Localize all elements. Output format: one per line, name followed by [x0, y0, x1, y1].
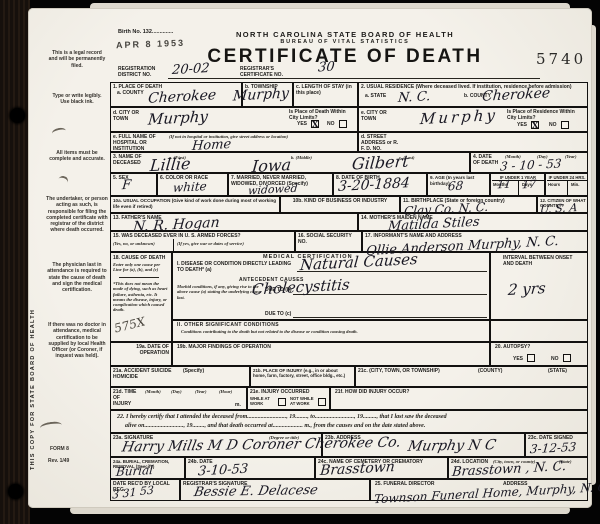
other-conditions-note: Conditions contributing to the death but… — [181, 329, 381, 334]
margin-note-undertaker: The undertaker, or person acting as such… — [46, 196, 108, 234]
cell-autopsy: 20. AUTOPSY? YES NO — [490, 342, 588, 366]
registrar-certificate-value: 30 — [317, 60, 335, 76]
city-of-death-value: Murphy — [147, 107, 208, 128]
cell-accident-suicide-homicide: 21a. ACCIDENT SUICIDE HOMICIDE (Specify) — [110, 366, 250, 387]
date-of-operation-label: 19a. DATE OF OPERATION — [113, 344, 169, 356]
cell-age-under-24-hrs: IF UNDER 24 HRS. Hours Min. — [545, 173, 588, 196]
death-limits-yes-checkbox: X — [311, 120, 319, 128]
margin-note-legal: This is a legal record and will be perma… — [48, 50, 106, 69]
operation-findings-label: 19b. MAJOR FINDINGS OF OPERATION — [177, 344, 271, 350]
middle-name-label: b. (Middle) — [291, 155, 312, 160]
armed-forces-note2: (If yes, give war or dates of service) — [177, 241, 289, 246]
cause-of-death-note: Enter only one cause per Line for (a), (… — [113, 262, 169, 273]
residence-city-label: e. CITY OR TOWN — [361, 110, 389, 122]
bureau-name: BUREAU OF VITAL STATISTICS — [215, 39, 475, 45]
registrar-signature-value: Bessie E. Delacese — [193, 483, 320, 500]
cell-date-of-operation: 19a. DATE OF OPERATION — [110, 342, 172, 366]
injury-hour-label: (Hour) — [219, 389, 232, 394]
disease-condition-label: I. DISEASE OR CONDITION DIRECTLY LEADING… — [177, 261, 297, 273]
cell-street-address: d. STREET ADDRESS or R. F. D. NO. — [358, 132, 588, 152]
cause-of-death-footnote: *This does not mean the mode of dying, s… — [113, 281, 169, 313]
residence-limits-no-checkbox — [561, 121, 569, 129]
certificate-serial-number: 5740 — [536, 50, 586, 68]
not-while-at-work-label: NOT WHILE AT WORK — [290, 396, 318, 406]
autopsy-yes-checkbox — [527, 354, 535, 362]
injury-month-label: (Month) — [145, 389, 161, 394]
armed-forces-label: 15. WAS DECEASED EVER IN U. S. ARMED FOR… — [113, 233, 291, 239]
injury-m-label: m. — [235, 402, 241, 408]
injury-city-label: 21c. (CITY, TOWN, OR TOWNSHIP) — [358, 368, 440, 374]
margin-note-complete: All items must be complete and accurate. — [48, 150, 106, 163]
registration-district-label: REGISTRATION DISTRICT NO. — [118, 66, 170, 78]
funeral-director-label: 25. FUNERAL DIRECTOR — [375, 481, 435, 487]
scanned-death-certificate: THIS COPY FOR STATE BOARD OF HEALTH This… — [0, 0, 600, 524]
armed-forces-note1: (Yes, no, or unknown) — [113, 241, 169, 246]
min-label: Min. — [571, 182, 579, 187]
not-while-at-work-checkbox — [318, 398, 326, 406]
cell-hospital: e. FULL NAME OF HOSPITAL OR INSTITUTION … — [110, 132, 358, 152]
injury-state-label: (STATE) — [548, 368, 567, 374]
date-of-death-label: 4. DATE OF DEATH — [473, 154, 499, 166]
due-to-c-label: DUE TO (c) — [265, 311, 291, 317]
residence-limits-yes-mark: X — [532, 120, 538, 130]
specify-label: (Specify) — [183, 368, 204, 374]
cell-usual-residence: 2. USUAL RESIDENCE (Where deceased lived… — [358, 82, 588, 107]
autopsy-label: 20. AUTOPSY? — [495, 344, 530, 350]
while-at-work-label: WHILE AT WORK — [250, 396, 278, 406]
cell-certification-statement: 22. I hereby certify that I attended the… — [110, 410, 588, 433]
accident-label: 21a. ACCIDENT SUICIDE HOMICIDE — [113, 368, 173, 380]
name-of-deceased-label: 3. NAME OF DECEASED — [113, 154, 149, 166]
registrar-certificate-label: REGISTRAR'S CERTIFICATE NO. — [240, 66, 298, 78]
marital-status-value: widowed — [247, 182, 298, 198]
industry-label: 10b. KIND OF BUSINESS OR INDUSTRY — [283, 198, 397, 204]
cell-interval-continued — [490, 320, 588, 342]
race-value: white — [172, 179, 207, 195]
margin-note-physician: The physician last in attendance is requ… — [46, 262, 108, 293]
death-limits-no-checkbox — [339, 120, 347, 128]
cause-of-death-label: 18. CAUSE OF DEATH — [113, 255, 169, 261]
cell-armed-forces: 15. WAS DECEASED EVER IN U. S. ARMED FOR… — [110, 231, 295, 252]
occupation-label: 10a. USUAL OCCUPATION (Give kind of work… — [113, 198, 277, 209]
age-months-value: 11 — [496, 178, 511, 192]
margin-note-no-doctor: If there was no doctor in attendance, me… — [46, 322, 108, 360]
cell-injury-occurred: 21e. INJURY OCCURRED WHILE AT WORK NOT W… — [247, 387, 330, 410]
margin-form-number: FORM 8 — [50, 446, 90, 452]
injury-county-label: (COUNTY) — [478, 368, 502, 374]
certify-line-2: alive on.........................., 19..… — [125, 423, 575, 430]
physician-address-value: Murphy N C — [406, 437, 497, 455]
length-of-stay-label: c. LENGTH OF STAY (in this place) — [296, 84, 354, 96]
interval-label: INTERVAL BETWEEN ONSET AND DEATH — [503, 255, 579, 267]
city-of-death-label: d. CITY OR TOWN — [113, 110, 141, 122]
sex-value: F — [121, 178, 131, 194]
cell-operation-findings: 19b. MAJOR FINDINGS OF OPERATION — [172, 342, 490, 366]
last-name-value: Gilbert — [351, 151, 409, 173]
hole-punch-top — [10, 108, 25, 123]
date-signed-value: 3-12-53 — [529, 440, 576, 457]
residence-state-value: N. C. — [397, 89, 431, 106]
cell-how-injury-occurred: 21f. HOW DID INJURY OCCUR? — [330, 387, 588, 410]
other-conditions-label: II. OTHER SIGNIFICANT CONDITIONS — [177, 322, 279, 328]
board-name: NORTH CAROLINA STATE BOARD OF HEALTH — [215, 30, 475, 39]
injury-day-label: (Day) — [171, 389, 182, 394]
autopsy-yes-label: YES — [513, 356, 523, 362]
residence-state-label: a. STATE — [365, 93, 386, 99]
cell-ssn: 16. SOCIAL SECURITY NO. — [295, 231, 362, 252]
usual-residence-label: 2. USUAL RESIDENCE (Where deceased lived… — [361, 84, 585, 90]
hole-punch-bottom — [8, 484, 23, 499]
margin-note-type: Type or write legibly. Use black ink. — [51, 93, 103, 106]
county-label: a. COUNTY — [117, 90, 144, 96]
cell-industry: 10b. KIND OF BUSINESS OR INDUSTRY — [280, 196, 400, 213]
place-of-injury-label: 21b. PLACE OF INJURY (e.g., in or about … — [253, 368, 351, 379]
ssn-label: 16. SOCIAL SECURITY NO. — [298, 233, 358, 245]
township-value: Murphy — [232, 85, 289, 104]
cell-place-of-injury: 21b. PLACE OF INJURY (e.g., in or about … — [250, 366, 355, 387]
margin-form-revision: Rev. 1/49 — [48, 458, 92, 464]
residence-limits-no-label: NO — [549, 122, 557, 128]
autopsy-no-label: NO — [551, 356, 559, 362]
street-address-label: d. STREET ADDRESS or R. F. D. NO. — [361, 134, 401, 152]
cell-injury-location: 21c. (CITY, TOWN, OR TOWNSHIP) (COUNTY) … — [355, 366, 588, 387]
first-name-value: Lillie — [149, 154, 191, 175]
antecedent-note: Morbid conditions, if any, giving rise t… — [177, 284, 261, 300]
time-of-injury-label: 21d. TIME OF INJURY — [113, 389, 139, 407]
residence-limits-yes-label: YES — [517, 122, 527, 128]
how-injury-occurred-label: 21f. HOW DID INJURY OCCUR? — [335, 389, 409, 395]
residence-limits-yes-checkbox: X — [531, 121, 539, 129]
autopsy-no-checkbox — [563, 354, 571, 362]
burial-value: Burial — [115, 463, 153, 479]
informant-label: 17. INFORMANT'S NAME AND ADDRESS — [365, 233, 462, 239]
cell-occupation: 10a. USUAL OCCUPATION (Give kind of work… — [110, 196, 280, 213]
cell-time-of-injury: 21d. TIME OF INJURY (Month) (Day) (Year)… — [110, 387, 247, 410]
cell-sex: 5. SEX — [110, 173, 157, 196]
cell-length-of-stay: c. LENGTH OF STAY (in this place) — [293, 82, 358, 107]
death-limits-no-label: NO — [327, 121, 335, 127]
book-binding-edge — [0, 0, 30, 524]
age-days-value: 17 — [521, 178, 536, 192]
birth-no: Birth No. 132.............. — [118, 29, 173, 36]
residence-city-limits-label: Is Place of Residence Within City Limits… — [507, 109, 583, 121]
certify-line-1: 22. I hereby certify that I attended the… — [117, 414, 583, 421]
injury-year-label: (Year) — [195, 389, 206, 394]
death-limits-yes-mark: X — [312, 119, 318, 129]
burial-date-value: 3-10-53 — [197, 462, 248, 480]
cell-other-conditions: II. OTHER SIGNIFICANT CONDITIONS Conditi… — [172, 320, 490, 342]
margin-copy-designation: THIS COPY FOR STATE BOARD OF HEALTH — [30, 218, 42, 470]
death-limits-yes-label: YES — [297, 121, 307, 127]
while-at-work-checkbox — [278, 398, 286, 406]
hours-label: Hours — [548, 182, 560, 187]
registration-district-value: 20-02 — [171, 61, 210, 78]
hospital-label: e. FULL NAME OF HOSPITAL OR INSTITUTION — [113, 134, 165, 152]
interval-value: 2 yrs — [507, 279, 546, 299]
death-year-label: (Year) — [565, 154, 576, 159]
injury-occurred-label: 21e. INJURY OCCURRED — [250, 389, 326, 395]
age-value: 68 — [447, 179, 463, 194]
certificate-title: CERTIFICATE OF DEATH — [190, 46, 500, 68]
